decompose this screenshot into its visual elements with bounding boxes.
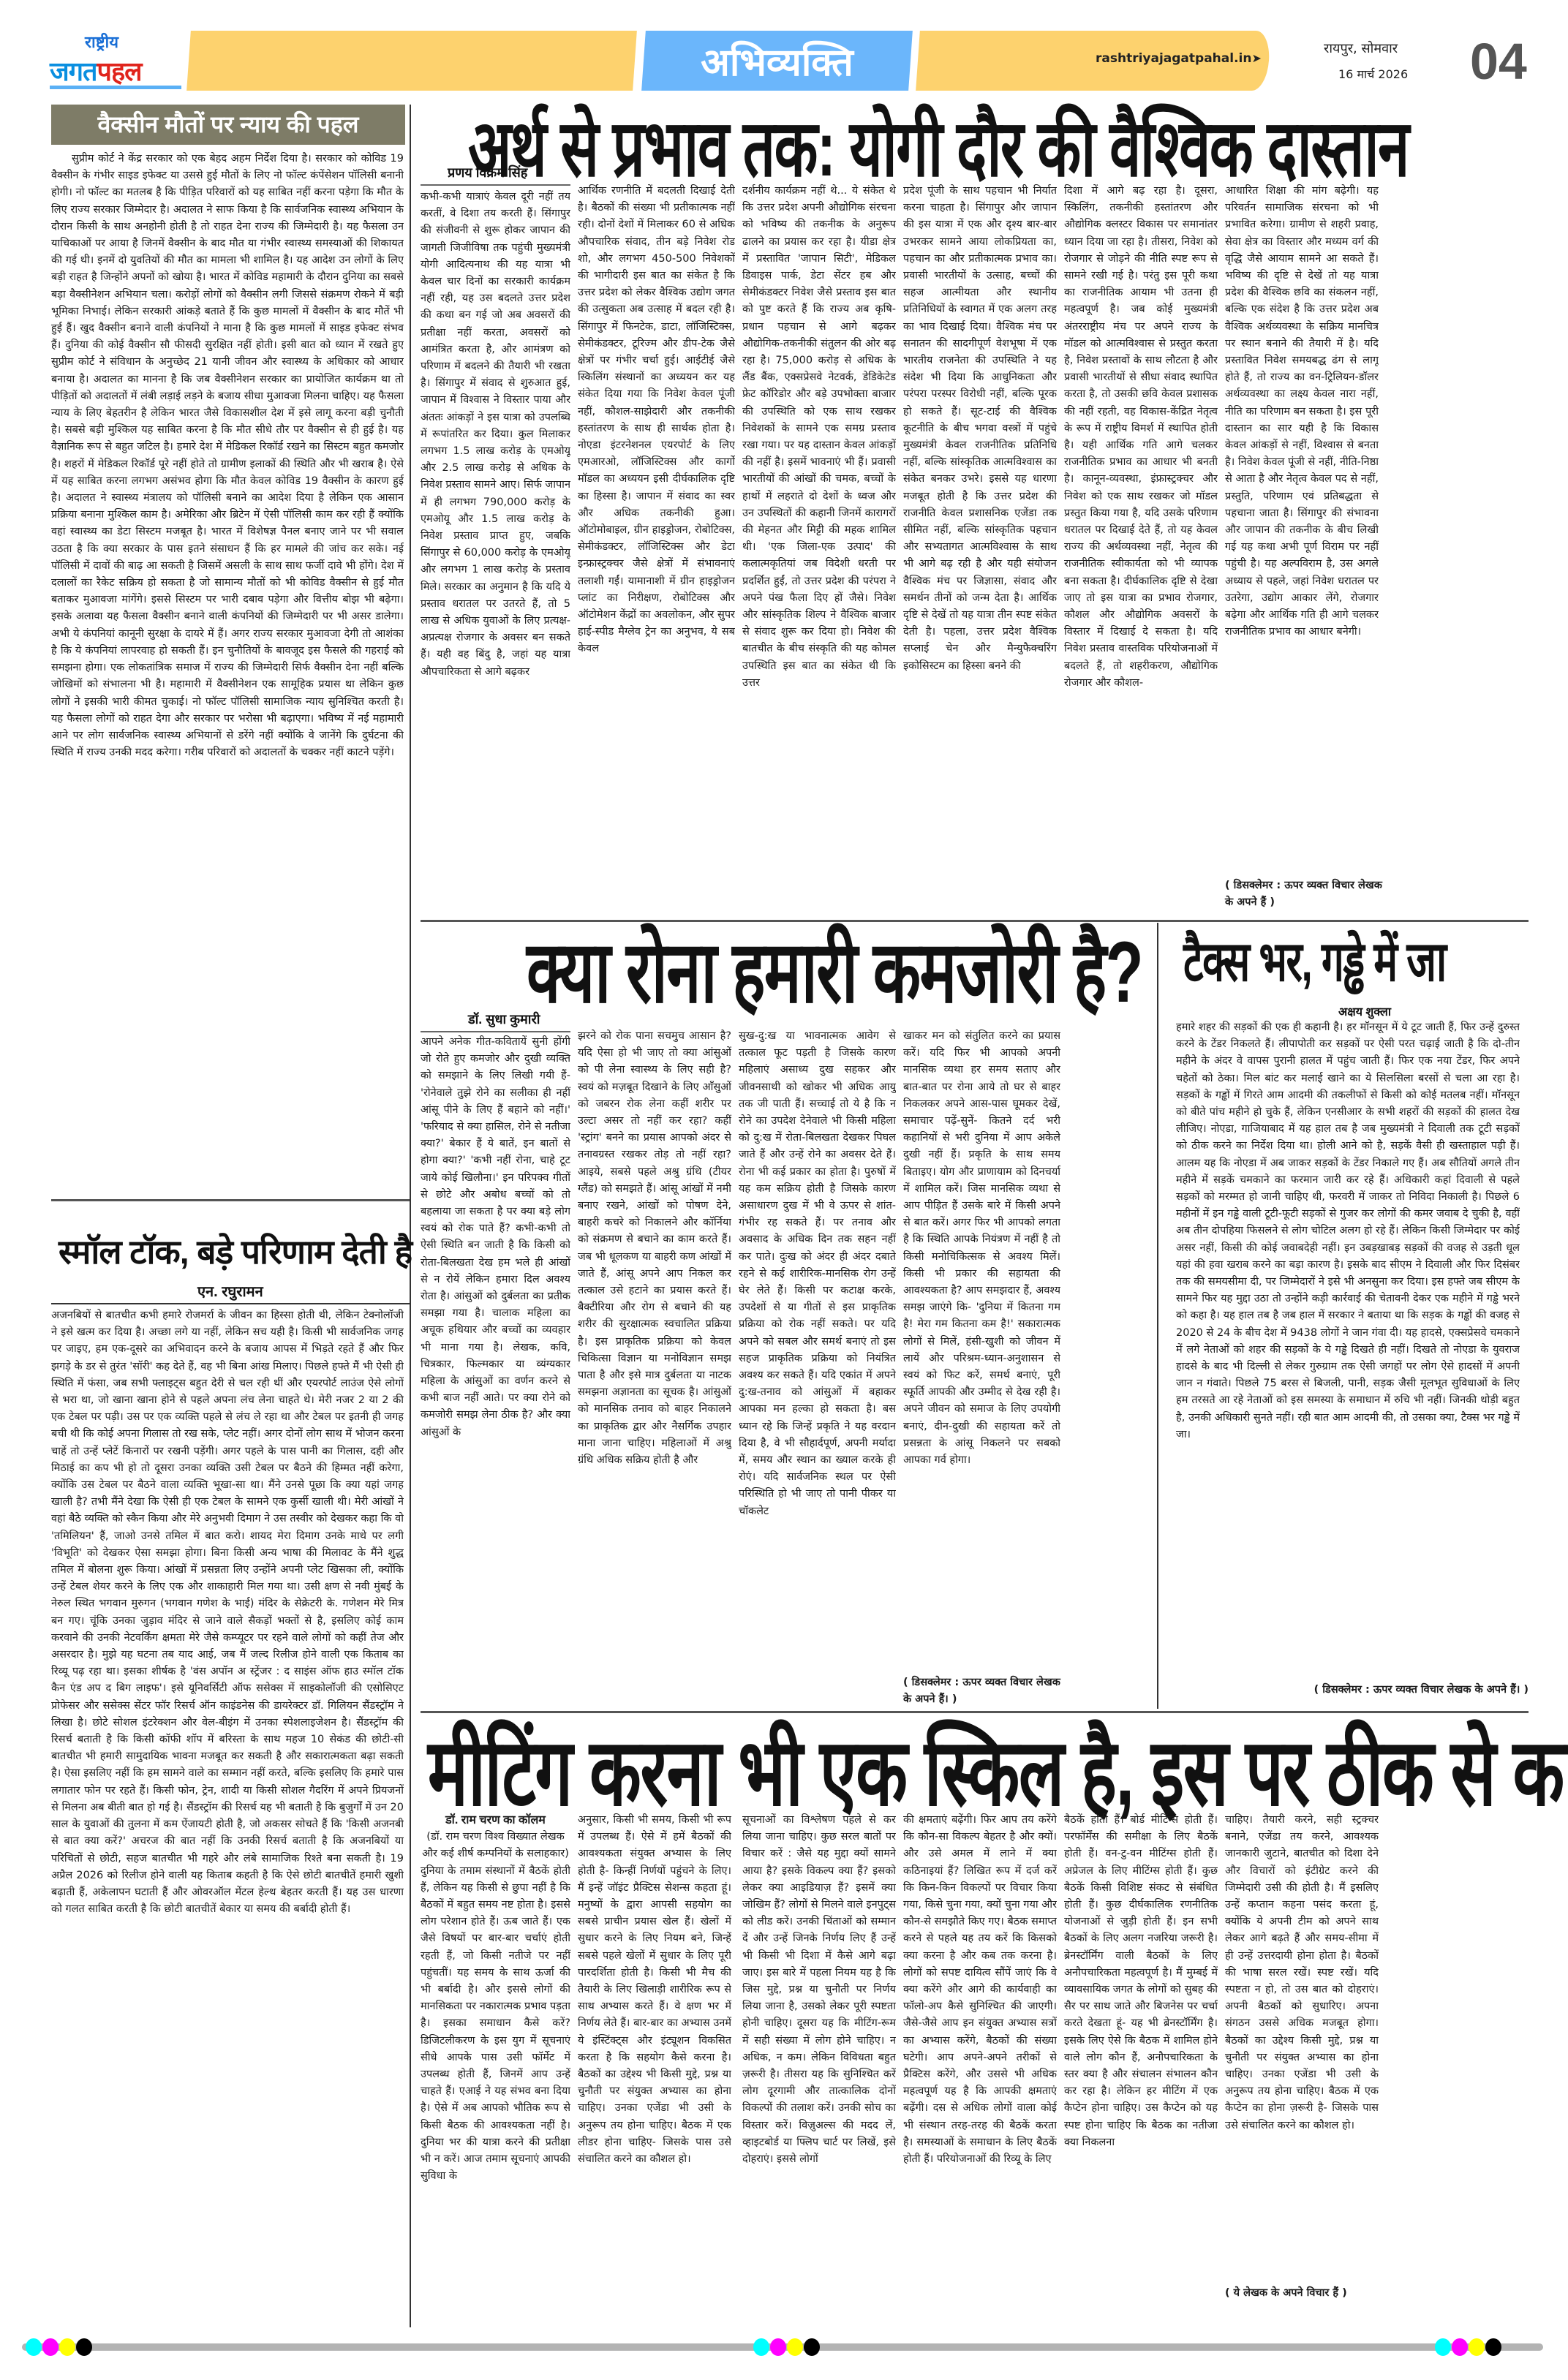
top-article-disclaimer: ( डिसक्लेमर : ऊपर व्यक्त विचार लेखक के अ… <box>1225 877 1382 911</box>
registration-dots-right <box>1435 2338 1501 2356</box>
meeting-article-col-6: चाहिए। तैयारी करने, सही स्ट्रक्चर बनाने,… <box>1225 1812 1379 2273</box>
editorial-body: सुप्रीम कोर्ट ने केंद्र सरकार को एक बेहद… <box>51 151 404 1189</box>
column-divider <box>1157 923 1158 1709</box>
black-dot <box>76 2338 92 2356</box>
byline-rule <box>421 184 570 186</box>
black-dot <box>804 2338 820 2356</box>
editorial-title: वैक्सीन मौतों पर न्याय की पहल <box>51 105 405 145</box>
tax-article-byline: अक्षय शुक्ला <box>1338 1003 1391 1019</box>
logo-top-text: राष्ट्रीय <box>85 31 118 53</box>
smalltalk-body: अजनबियों से बातचीत कभी हमारे रोजमर्रा के… <box>51 1307 404 2324</box>
meeting-article-col-4: की क्षमताएं बढ़ेंगी। फिर आप तय करेंगे कि… <box>903 1812 1057 2324</box>
crying-article-col-3: सुख-दु:ख या भावनात्मक आवेग से तत्काल फूट… <box>739 1028 896 1704</box>
top-article-col-2: आर्थिक रणनीति में बदलती दिखाई देती है। ब… <box>578 183 735 896</box>
logo-main-text: जगतपहल <box>50 53 142 88</box>
crying-article-disclaimer: ( डिसक्लेमर : ऊपर व्यक्त विचार लेखक के अ… <box>903 1674 1060 1708</box>
logo-underline <box>50 86 181 89</box>
website-url[interactable]: rashtriyajagatpahal.in <box>1096 51 1251 66</box>
smalltalk-byline: एन. रघुरामन <box>197 1281 263 1301</box>
crying-article-col-2: झरने को रोक पाना सचमुच आसान है? यदि ऐसा … <box>578 1028 731 1704</box>
meeting-article-disclaimer: ( ये लेखक के अपने विचार हैं ) <box>1225 2285 1382 2302</box>
yellow-dot <box>59 2338 75 2356</box>
magenta-dot <box>1452 2338 1468 2356</box>
top-article-col-4: प्रदेश पूंजी के साथ पहचान भी निर्यात करन… <box>903 183 1057 896</box>
yellow-dot <box>1469 2338 1485 2356</box>
section-divider <box>51 1199 410 1201</box>
meeting-article-col-5: बैठकें होती हैं। बोर्ड मीटिंग्स होती हैं… <box>1064 1812 1218 2324</box>
top-article-col-6: आधारित शिक्षा की मांग बढ़ेगी। यह परिवर्त… <box>1225 183 1379 863</box>
website-link[interactable]: rashtriyajagatpahal.in➤ <box>1096 51 1262 66</box>
top-article-headline: अर्थ से प्रभाव तक: योगी दौर की वैश्विक द… <box>468 108 1409 189</box>
cyan-dot <box>26 2338 42 2356</box>
byline-rule <box>51 1303 410 1304</box>
crying-article-headline: क्या रोना हमारी कमजोरी है? <box>527 929 1142 1016</box>
editorial-title-box: वैक्सीन मौतों पर न्याय की पहल <box>51 105 405 145</box>
masthead: राष्ट्रीय जगतपहल अभिव्यक्ति rashtriyajag… <box>0 29 1568 91</box>
top-article-col-1: कभी-कभी यात्राएं केवल दूरी नहीं तय करतीं… <box>421 189 570 902</box>
logo-word-jagat: जगत <box>50 57 97 87</box>
byline-rule <box>421 1031 570 1032</box>
place-day: रायपुर, सोमवार <box>1324 39 1398 57</box>
magenta-dot <box>42 2338 59 2356</box>
registration-dots-center <box>753 2338 820 2356</box>
section-divider <box>421 920 1529 922</box>
crying-article-byline: डॉ. सुधा कुमारी <box>468 1010 540 1028</box>
meeting-article-byline: डॉ. राम चरण का कॉलम <box>421 1812 570 1829</box>
pointer-arrow-icon: ➤ <box>1251 51 1261 65</box>
logo-word-pahal: पहल <box>97 57 142 87</box>
header-band-left <box>186 31 637 91</box>
registration-dots-left <box>26 2338 92 2356</box>
top-article-byline: प्रणय विक्रम सिंह <box>448 164 527 181</box>
meeting-article-col-1: डॉ. राम चरण का कॉलम (डॉ. राम चरण विश्व व… <box>421 1812 570 2324</box>
black-dot <box>1485 2338 1501 2356</box>
section-divider <box>421 1711 1529 1713</box>
newspaper-logo[interactable]: राष्ट्रीय जगतपहल <box>50 29 196 91</box>
column-divider <box>410 105 411 2327</box>
smalltalk-headline-wrap: स्मॉल टॉक, बड़े परिणाम देती है <box>59 1228 410 1274</box>
issue-date: 16 मार्च 2026 <box>1338 66 1408 82</box>
yellow-dot <box>787 2338 803 2356</box>
crying-article-col-4: खाकर मन को संतुलित करने का प्रयास करें। … <box>903 1028 1060 1664</box>
meeting-article-byline-note: (डॉ. राम चरण विश्व विख्यात लेखक और कई शी… <box>421 1829 570 1862</box>
cyan-dot <box>1435 2338 1451 2356</box>
page-number: 04 <box>1470 32 1527 91</box>
section-band: अभिव्यक्ति <box>641 31 913 91</box>
cyan-dot <box>753 2338 769 2356</box>
meeting-article-headline: मीटिंग करना भी एक स्किल है, इस पर ठीक से… <box>428 1726 1568 1821</box>
crying-article-col-1: आपने अनेक गीत-कवितायें सुनी होंगी जो रोत… <box>421 1034 570 1710</box>
meeting-article-col-1-text: दुनिया के तमाम संस्थानों में बैठकें होती… <box>421 1863 570 2186</box>
top-article-col-3: दर्शनीय कार्यक्रम नहीं थे... ये संकेत थे… <box>742 183 896 896</box>
magenta-dot <box>770 2338 786 2356</box>
meeting-article-col-3: सूचनाओं का विश्लेषण पहले से कर लिया जाना… <box>742 1812 896 2324</box>
top-article-col-5: दिशा में आगे बढ़ रहा है। दूसरा, स्किलिंग… <box>1064 183 1218 896</box>
tax-article-disclaimer: ( डिसक्लेमर : ऊपर व्यक्त विचार लेखक के अ… <box>1207 1682 1529 1699</box>
meeting-article-col-2: अनुसार, किसी भी समय, किसी भी रूप में उपल… <box>578 1812 731 2324</box>
tax-article-headline: टैक्स भर, गड्ढे में जा <box>1183 933 1446 991</box>
tax-article-body: हमारे शहर की सड़कों की एक ही कहानी है। ह… <box>1176 1019 1520 1626</box>
smalltalk-headline: स्मॉल टॉक, बड़े परिणाम देती है <box>59 1228 410 1274</box>
section-title: अभिव्यक्ति <box>644 35 911 87</box>
